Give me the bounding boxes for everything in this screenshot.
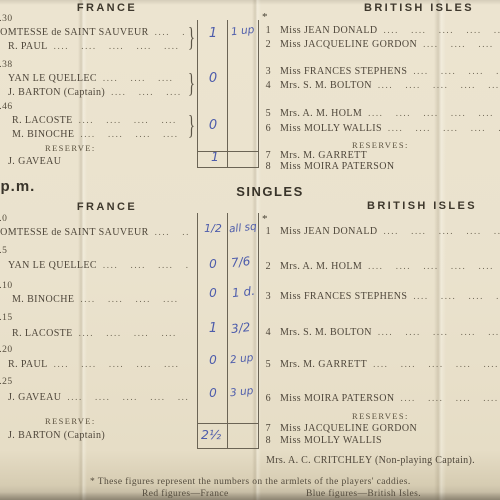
tee-time: 2.25 — [0, 377, 13, 387]
reserve-player-row: 8Miss MOIRA PATERSON — [258, 161, 500, 172]
footnote-blue-figures: Blue figures—British Isles. — [306, 489, 421, 499]
player-name: Miss JACQUELINE GORDON — [280, 39, 417, 50]
player-number: 1 — [258, 226, 271, 237]
reserve-label: RESERVE: — [45, 416, 96, 426]
player-name: YAN LE QUELLEC — [8, 73, 97, 84]
player-row: 2Miss JACQUELINE GORDON.... .... .... ..… — [258, 39, 500, 50]
player-name: Miss FRANCES STEPHENS — [280, 291, 407, 302]
score-box-divider — [227, 213, 228, 448]
dot-leader: .... .... .... .... .... .... .... .... — [372, 327, 500, 337]
player-row: R. PAUL.... .... .... .... .... .... ...… — [0, 359, 188, 370]
handwritten-score: 1 — [200, 321, 226, 336]
player-row: YAN LE QUELLEC.... .... .... .... .... .… — [0, 73, 184, 84]
caddie-note-star: * — [262, 213, 268, 225]
player-number: 8 — [258, 161, 271, 172]
player-number: 8 — [258, 435, 271, 446]
player-row: YAN LE QUELLEC.... .... .... .... .... .… — [0, 260, 188, 271]
reserves-label: RESERVES: — [352, 411, 409, 421]
player-number: 4 — [258, 327, 271, 338]
player-name: Mrs. M. GARRETT — [280, 150, 367, 161]
player-name: R. LACOSTE — [12, 328, 73, 339]
handwritten-score: 0 — [200, 386, 226, 400]
handwritten-score: 1 — [200, 26, 226, 41]
foursomes-france-header: FRANCE — [57, 2, 157, 14]
dot-leader: .... .... .... .... .... .... .... .... — [97, 260, 188, 270]
player-row: 5Mrs. A. M. HOLM.... .... .... .... ....… — [258, 108, 500, 119]
handwritten-score: 1/2 — [200, 222, 226, 235]
player-number: 2 — [258, 39, 271, 50]
tee-time-row: 2.5 — [0, 246, 193, 256]
player-row: 2Mrs. A. M. HOLM.... .... .... .... ....… — [258, 261, 500, 272]
handwritten-score: 0 — [200, 257, 226, 271]
player-name: Mrs. A. M. HOLM — [280, 108, 362, 119]
reserve-player-row: J. GAVEAU — [0, 156, 184, 167]
tee-time: 2.10 — [0, 281, 13, 291]
handwritten-margin: 3 up — [229, 385, 253, 399]
tee-time: 2.15 — [0, 313, 13, 323]
player-name: R. PAUL — [8, 359, 48, 370]
handwritten-margin: 7/6 — [230, 254, 251, 270]
tee-time: 2.5 — [0, 246, 7, 256]
player-row: 3Miss FRANCES STEPHENS.... .... .... ...… — [258, 66, 500, 77]
player-name: Miss MOIRA PATERSON — [280, 161, 395, 172]
reserve-player-row: 7Miss JACQUELINE GORDON — [258, 423, 500, 434]
tee-time: 9.30 — [0, 14, 13, 24]
handwritten-total: 1 — [202, 149, 228, 164]
reserve-player-row: J. BARTON (Captain) — [0, 430, 188, 441]
footnote-red-figures: Red figures—France — [142, 489, 229, 499]
reserves-label: RESERVES: — [352, 140, 409, 150]
handwritten-margin: 1 up — [230, 24, 254, 38]
dot-leader: .... .... .... .... .... .... .... .... — [97, 73, 184, 83]
player-row: R. LACOSTE.... .... .... .... .... .... … — [0, 328, 188, 339]
player-row: 6Miss MOLLY WALLIS.... .... .... .... ..… — [258, 123, 500, 134]
tee-time: 2.20 — [0, 345, 13, 355]
player-number: 7 — [258, 423, 271, 434]
pair-bracket: } — [188, 70, 195, 97]
player-row: COMTESSE de SAINT SAUVEUR.... .... .... … — [0, 227, 188, 238]
player-row: 1Miss JEAN DONALD.... .... .... .... ...… — [258, 25, 500, 36]
handwritten-score: 0 — [200, 286, 226, 300]
dot-leader: .... .... .... .... .... .... .... .... — [61, 392, 188, 402]
tee-time-row: 2.25 — [0, 377, 193, 387]
player-row: M. BINOCHE.... .... .... .... .... .... … — [0, 294, 188, 305]
player-name: Miss FRANCES STEPHENS — [280, 66, 407, 77]
handwritten-score: 0 — [200, 118, 226, 133]
dot-leader: .... .... .... .... .... .... .... .... — [382, 123, 500, 133]
handwritten-score: 0 — [200, 71, 226, 86]
tee-time-row: 2.10 — [0, 281, 193, 291]
scanned-match-programme: FRANCE BRITISH ISLES 9.30 COMTESSE de SA… — [0, 0, 500, 500]
dot-leader: .... .... .... .... .... .... .... .... — [74, 129, 184, 139]
dot-leader: .... .... .... .... .... .... .... .... — [149, 27, 184, 37]
player-row: 5Mrs. M. GARRETT.... .... .... .... ....… — [258, 359, 500, 370]
player-number: 6 — [258, 123, 271, 134]
dot-leader: .... .... .... .... .... .... .... .... — [149, 227, 188, 237]
player-row: COMTESSE de SAINT SAUVEUR.... .... .... … — [0, 27, 184, 38]
tee-time: 9.46 — [0, 102, 13, 112]
player-number: 6 — [258, 393, 271, 404]
player-name: R. PAUL — [8, 41, 48, 52]
caddie-footnote: * These figures represent the numbers on… — [90, 477, 411, 487]
non-playing-captain-line: Mrs. A. C. CRITCHLEY (Non-playing Captai… — [266, 455, 475, 466]
tee-time: 9.38 — [0, 60, 13, 70]
dot-leader: .... .... .... .... .... .... .... .... — [105, 87, 184, 97]
handwritten-margin: 3/2 — [230, 320, 251, 336]
tee-time-row: 9.38 — [0, 60, 193, 70]
dot-leader: .... .... .... .... .... .... .... .... — [74, 294, 188, 304]
tee-time-row: 9.30 — [0, 14, 193, 24]
player-name: Miss MOLLY WALLIS — [280, 435, 382, 446]
player-name: Mrs. S. M. BOLTON — [280, 327, 372, 338]
reserve-label: RESERVE: — [45, 143, 96, 153]
dot-leader: .... .... .... .... .... .... .... .... — [407, 291, 500, 301]
handwritten-total: 2½ — [201, 427, 221, 442]
foursomes-british-header: BRITISH ISLES — [354, 2, 484, 14]
dot-leader: .... .... .... .... .... .... .... .... — [367, 359, 500, 369]
player-name: J. BARTON (Captain) — [8, 87, 105, 98]
player-row: 4Mrs. S. M. BOLTON.... .... .... .... ..… — [258, 80, 500, 91]
dot-leader: .... .... .... .... .... .... .... .... — [73, 115, 184, 125]
player-row: J. BARTON (Captain).... .... .... .... .… — [0, 87, 184, 98]
player-name: COMTESSE de SAINT SAUVEUR — [0, 227, 149, 238]
tee-time-row: 2.0 — [0, 214, 193, 224]
player-number: 3 — [258, 291, 271, 302]
player-number: 7 — [258, 150, 271, 161]
player-row: 3Miss FRANCES STEPHENS.... .... .... ...… — [258, 291, 500, 302]
handwritten-score: 0 — [200, 353, 226, 367]
player-name: Miss JEAN DONALD — [280, 25, 378, 36]
score-box-divider — [227, 20, 228, 167]
player-name: Mrs. M. GARRETT — [280, 359, 367, 370]
handwritten-margin: 2 up — [229, 352, 253, 366]
player-number: 1 — [258, 25, 271, 36]
pair-bracket: } — [188, 24, 195, 51]
dot-leader: .... .... .... .... .... .... .... .... — [362, 261, 500, 271]
player-number: 5 — [258, 108, 271, 119]
dot-leader: .... .... .... .... .... .... .... .... — [417, 39, 500, 49]
singles-france-header: FRANCE — [57, 201, 157, 213]
player-row: 6Miss MOIRA PATERSON.... .... .... .... … — [258, 393, 500, 404]
handwritten-margin: 1 d. — [231, 284, 255, 300]
dot-leader: .... .... .... .... .... .... .... .... — [48, 41, 184, 51]
pair-bracket: } — [188, 112, 195, 139]
player-name: Mrs. A. M. HOLM — [280, 261, 362, 272]
dot-leader: .... .... .... .... .... .... .... .... — [48, 359, 188, 369]
dot-leader: .... .... .... .... .... .... .... .... — [362, 108, 500, 118]
player-name: J. GAVEAU — [8, 392, 61, 403]
player-name: J. BARTON (Captain) — [8, 430, 105, 441]
session-time-header: 2 p.m. — [0, 178, 35, 195]
player-row: R. LACOSTE.... .... .... .... .... .... … — [0, 115, 184, 126]
player-name: M. BINOCHE — [12, 294, 74, 305]
tee-time-row: 9.46 — [0, 102, 193, 112]
caddie-note-star: * — [262, 11, 268, 23]
reserve-player-row: 7Mrs. M. GARRETT — [258, 150, 500, 161]
dot-leader: .... .... .... .... .... .... .... .... — [73, 328, 188, 338]
player-name: Miss JACQUELINE GORDON — [280, 423, 417, 434]
player-number: 2 — [258, 261, 271, 272]
player-name: M. BINOCHE — [12, 129, 74, 140]
player-row: R. PAUL.... .... .... .... .... .... ...… — [0, 41, 184, 52]
player-row: M. BINOCHE.... .... .... .... .... .... … — [0, 129, 184, 140]
player-name: J. GAVEAU — [8, 156, 61, 167]
foursomes-score-box — [197, 20, 259, 168]
tee-time-row: 2.15 — [0, 313, 193, 323]
scan-bottom-shadow — [0, 492, 500, 500]
player-name: COMTESSE de SAINT SAUVEUR — [0, 27, 149, 38]
dot-leader: .... .... .... .... .... .... .... .... — [395, 393, 500, 403]
player-number: 4 — [258, 80, 271, 91]
tee-time-row: 2.20 — [0, 345, 193, 355]
dot-leader: .... .... .... .... .... .... .... .... — [372, 80, 500, 90]
player-name: Mrs. S. M. BOLTON — [280, 80, 372, 91]
player-row: 1Miss JEAN DONALD.... .... .... .... ...… — [258, 226, 500, 237]
dot-leader: .... .... .... .... .... .... .... .... — [407, 66, 500, 76]
singles-total-rule — [197, 423, 258, 424]
player-name: Miss MOLLY WALLIS — [280, 123, 382, 134]
dot-leader: .... .... .... .... .... .... .... .... — [378, 226, 500, 236]
player-name: R. LACOSTE — [12, 115, 73, 126]
singles-title: SINGLES — [205, 184, 335, 199]
player-number: 3 — [258, 66, 271, 77]
player-name: Miss MOIRA PATERSON — [280, 393, 395, 404]
player-number: 5 — [258, 359, 271, 370]
reserve-player-row: 8Miss MOLLY WALLIS — [258, 435, 500, 446]
singles-british-header: BRITISH ISLES — [357, 200, 487, 212]
tee-time: 2.0 — [0, 214, 7, 224]
player-name: YAN LE QUELLEC — [8, 260, 97, 271]
player-name: Miss JEAN DONALD — [280, 226, 378, 237]
player-row: J. GAVEAU.... .... .... .... .... .... .… — [0, 392, 188, 403]
dot-leader: .... .... .... .... .... .... .... .... — [378, 25, 500, 35]
player-row: 4Mrs. S. M. BOLTON.... .... .... .... ..… — [258, 327, 500, 338]
